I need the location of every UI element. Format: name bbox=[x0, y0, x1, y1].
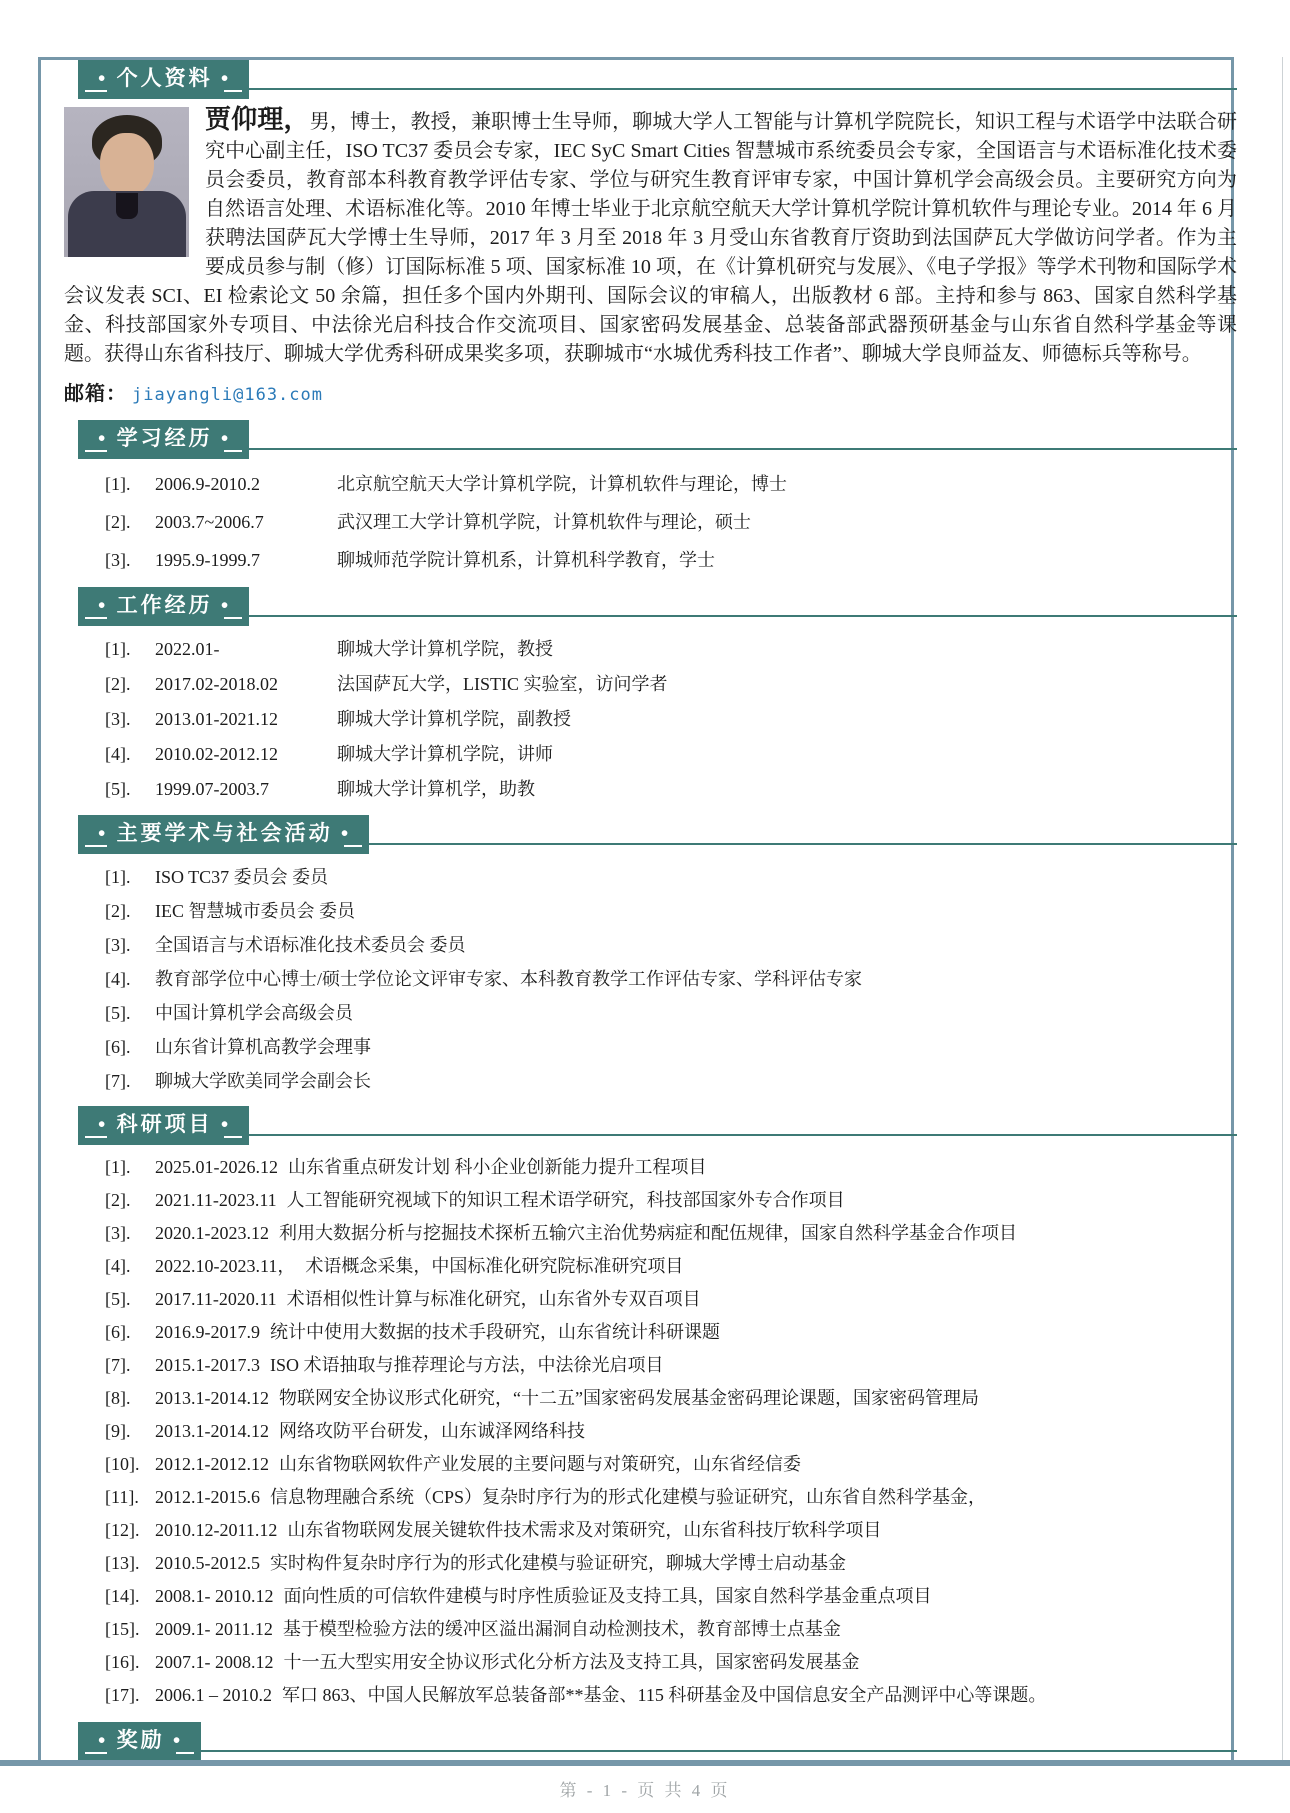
cv-page: • 个人资料 • 贾仰理，男，博士，教授，兼职博士生导师，聊城大学人工智能与计算… bbox=[0, 0, 1290, 1813]
item-description: ISO 术语抽取与推荐理论与方法，中法徐光启项目 bbox=[270, 1349, 664, 1382]
item-description: 山东省物联网发展关键软件技术需求及对策研究，山东省科技厅软科学项目 bbox=[287, 1514, 881, 1547]
section-header-projects: • 科研项目 • bbox=[78, 1106, 1237, 1145]
bio-paragraph: 贾仰理，男，博士，教授，兼职博士生导师，聊城大学人工智能与计算机学院院长，知识工… bbox=[64, 105, 1237, 369]
section-header-profile: • 个人资料 • bbox=[78, 60, 1237, 99]
item-description: 山东省物联网软件产业发展的主要问题与对策研究，山东省经信委 bbox=[279, 1448, 801, 1481]
project-row: [12]. 2010.12-2011.12 山东省物联网发展关键软件技术需求及对… bbox=[105, 1514, 1237, 1547]
person-name: 贾仰理， bbox=[205, 105, 310, 134]
item-number: [2]. bbox=[105, 894, 155, 928]
item-date: 2013.1-2014.12 bbox=[155, 1382, 269, 1415]
project-row: [15]. 2009.1- 2011.12 基于模型检验方法的缓冲区溢出漏洞自动… bbox=[105, 1613, 1237, 1646]
page-bottom-bar bbox=[0, 1760, 1290, 1766]
item-description: 十一五大型实用安全协议形式化分析方法及支持工具，国家密码发展基金 bbox=[284, 1646, 860, 1679]
item-number: [8]. bbox=[105, 1382, 155, 1415]
section-title-projects: • 科研项目 • bbox=[78, 1106, 249, 1145]
activity-row: [4]. 教育部学位中心博士/硕士学位论文评审专家、本科教育教学工作评估专家、学… bbox=[105, 962, 1237, 996]
education-list: [1]. 2006.9-2010.2 北京航空航天大学计算机学院，计算机软件与理… bbox=[105, 465, 1237, 579]
bio-text: 男，博士，教授，兼职博士生导师，聊城大学人工智能与计算机学院院长，知识工程与术语… bbox=[64, 111, 1237, 365]
profile-bio-block: 贾仰理，男，博士，教授，兼职博士生导师，聊城大学人工智能与计算机学院院长，知识工… bbox=[64, 105, 1237, 369]
item-description: 法国萨瓦大学，LISTIC 实验室，访问学者 bbox=[337, 667, 668, 702]
work-row: [4]. 2010.02-2012.12 聊城大学计算机学院，讲师 bbox=[105, 737, 1237, 772]
item-date: 2016.9-2017.9 bbox=[155, 1316, 260, 1349]
project-row: [4]. 2022.10-2023.11， 术语概念采集，中国标准化研究院标准研… bbox=[105, 1250, 1237, 1283]
item-number: [4]. bbox=[105, 962, 155, 996]
project-row: [6]. 2016.9-2017.9 统计中使用大数据的技术手段研究，山东省统计… bbox=[105, 1316, 1237, 1349]
item-date: 2012.1-2015.6 bbox=[155, 1481, 260, 1514]
item-description: IEC 智慧城市委员会 委员 bbox=[155, 894, 355, 928]
item-date: 2006.9-2010.2 bbox=[155, 465, 337, 503]
section-rule-activities bbox=[369, 843, 1237, 845]
item-number: [4]. bbox=[105, 1250, 155, 1283]
section-rule-profile bbox=[249, 88, 1237, 90]
item-date: 2006.1 – 2010.2 bbox=[155, 1679, 272, 1712]
item-number: [15]. bbox=[105, 1613, 155, 1646]
item-description: 基于模型检验方法的缓冲区溢出漏洞自动检测技术，教育部博士点基金 bbox=[283, 1613, 841, 1646]
item-date: 2013.1-2014.12 bbox=[155, 1415, 269, 1448]
item-date: 1999.07-2003.7 bbox=[155, 772, 337, 807]
section-title-education: • 学习经历 • bbox=[78, 420, 249, 459]
project-row: [17]. 2006.1 – 2010.2 军口 863、中国人民解放军总装备部… bbox=[105, 1679, 1237, 1712]
photo-face-shape bbox=[100, 133, 154, 197]
item-date: 2008.1- 2010.12 bbox=[155, 1580, 274, 1613]
item-date: 2010.5-2012.5 bbox=[155, 1547, 260, 1580]
item-date: 2022.01- bbox=[155, 632, 337, 667]
profile-photo bbox=[64, 107, 189, 257]
project-row: [16]. 2007.1- 2008.12 十一五大型实用安全协议形式化分析方法… bbox=[105, 1646, 1237, 1679]
item-number: [14]. bbox=[105, 1580, 155, 1613]
projects-list: [1]. 2025.01-2026.12 山东省重点研发计划 科小企业创新能力提… bbox=[105, 1151, 1237, 1712]
page-edge-line bbox=[1282, 57, 1283, 1762]
section-rule-projects bbox=[249, 1134, 1237, 1136]
section-rule-work bbox=[249, 615, 1237, 617]
item-date: 2025.01-2026.12 bbox=[155, 1151, 278, 1184]
item-number: [7]. bbox=[105, 1349, 155, 1382]
item-description: 术语相似性计算与标准化研究，山东省外专双百项目 bbox=[287, 1283, 701, 1316]
project-row: [14]. 2008.1- 2010.12 面向性质的可信软件建模与时序性质验证… bbox=[105, 1580, 1237, 1613]
section-title-awards: • 奖励 • bbox=[78, 1722, 201, 1761]
work-row: [1]. 2022.01- 聊城大学计算机学院，教授 bbox=[105, 632, 1237, 667]
email-line: 邮箱： jiayangli@163.com bbox=[64, 377, 1237, 406]
item-description: 聊城大学计算机学院，教授 bbox=[337, 632, 553, 667]
page-number: 第 - 1 - 页 共 4 页 bbox=[0, 1776, 1290, 1801]
work-list: [1]. 2022.01- 聊城大学计算机学院，教授 [2]. 2017.02-… bbox=[105, 632, 1237, 807]
item-description: 网络攻防平台研发，山东诚泽网络科技 bbox=[279, 1415, 585, 1448]
project-row: [9]. 2013.1-2014.12 网络攻防平台研发，山东诚泽网络科技 bbox=[105, 1415, 1237, 1448]
item-date: 2010.02-2012.12 bbox=[155, 737, 337, 772]
item-number: [7]. bbox=[105, 1064, 155, 1098]
item-number: [1]. bbox=[105, 1151, 155, 1184]
item-number: [2]. bbox=[105, 1184, 155, 1217]
item-number: [1]. bbox=[105, 465, 155, 503]
item-number: [2]. bbox=[105, 667, 155, 702]
item-description: 教育部学位中心博士/硕士学位论文评审专家、本科教育教学工作评估专家、学科评估专家 bbox=[155, 962, 862, 996]
item-number: [10]. bbox=[105, 1448, 155, 1481]
education-row: [1]. 2006.9-2010.2 北京航空航天大学计算机学院，计算机软件与理… bbox=[105, 465, 1237, 503]
item-number: [17]. bbox=[105, 1679, 155, 1712]
item-number: [11]. bbox=[105, 1481, 155, 1514]
photo-collar-shape bbox=[116, 193, 138, 219]
section-header-awards: • 奖励 • bbox=[78, 1722, 1237, 1761]
item-number: [3]. bbox=[105, 702, 155, 737]
item-description: 实时构件复杂时序行为的形式化建模与验证研究，聊城大学博士启动基金 bbox=[270, 1547, 846, 1580]
activity-row: [6]. 山东省计算机高教学会理事 bbox=[105, 1030, 1237, 1064]
item-number: [4]. bbox=[105, 737, 155, 772]
item-description: 北京航空航天大学计算机学院，计算机软件与理论，博士 bbox=[337, 465, 787, 503]
item-description: 聊城师范学院计算机系，计算机科学教育，学士 bbox=[337, 541, 715, 579]
email-link[interactable]: jiayangli@163.com bbox=[132, 385, 323, 405]
item-number: [12]. bbox=[105, 1514, 155, 1547]
item-number: [5]. bbox=[105, 996, 155, 1030]
item-description: 山东省重点研发计划 科小企业创新能力提升工程项目 bbox=[288, 1151, 707, 1184]
section-rule-education bbox=[249, 448, 1237, 450]
project-row: [11]. 2012.1-2015.6 信息物理融合系统（CPS）复杂时序行为的… bbox=[105, 1481, 1237, 1514]
section-title-profile: • 个人资料 • bbox=[78, 60, 249, 99]
section-rule-awards bbox=[201, 1750, 1237, 1752]
item-number: [5]. bbox=[105, 772, 155, 807]
item-description: 人工智能研究视域下的知识工程术语学研究，科技部国家外专合作项目 bbox=[287, 1184, 845, 1217]
item-date: 2003.7~2006.7 bbox=[155, 503, 337, 541]
item-description: 聊城大学欧美同学会副会长 bbox=[155, 1064, 371, 1098]
email-label: 邮箱： bbox=[64, 383, 127, 405]
item-number: [6]. bbox=[105, 1316, 155, 1349]
item-number: [16]. bbox=[105, 1646, 155, 1679]
item-number: [6]. bbox=[105, 1030, 155, 1064]
education-row: [2]. 2003.7~2006.7 武汉理工大学计算机学院，计算机软件与理论，… bbox=[105, 503, 1237, 541]
item-description: 中国计算机学会高级会员 bbox=[155, 996, 353, 1030]
project-row: [3]. 2020.1-2023.12 利用大数据分析与挖掘技术探析五输穴主治优… bbox=[105, 1217, 1237, 1250]
item-date: 2007.1- 2008.12 bbox=[155, 1646, 274, 1679]
project-row: [13]. 2010.5-2012.5 实时构件复杂时序行为的形式化建模与验证研… bbox=[105, 1547, 1237, 1580]
project-row: [2]. 2021.11-2023.11 人工智能研究视域下的知识工程术语学研究… bbox=[105, 1184, 1237, 1217]
item-date: 2012.1-2012.12 bbox=[155, 1448, 269, 1481]
section-title-activities: • 主要学术与社会活动 • bbox=[78, 815, 369, 854]
project-row: [8]. 2013.1-2014.12 物联网安全协议形式化研究，“十二五”国家… bbox=[105, 1382, 1237, 1415]
activity-row: [3]. 全国语言与术语标准化技术委员会 委员 bbox=[105, 928, 1237, 962]
item-description: 军口 863、中国人民解放军总装备部**基金、115 科研基金及中国信息安全产品… bbox=[282, 1679, 1046, 1712]
work-row: [5]. 1999.07-2003.7 聊城大学计算机学，助教 bbox=[105, 772, 1237, 807]
item-date: 2009.1- 2011.12 bbox=[155, 1613, 273, 1646]
activity-row: [5]. 中国计算机学会高级会员 bbox=[105, 996, 1237, 1030]
education-row: [3]. 1995.9-1999.7 聊城师范学院计算机系，计算机科学教育，学士 bbox=[105, 541, 1237, 579]
activity-row: [2]. IEC 智慧城市委员会 委员 bbox=[105, 894, 1237, 928]
project-row: [5]. 2017.11-2020.11 术语相似性计算与标准化研究，山东省外专… bbox=[105, 1283, 1237, 1316]
item-number: [5]. bbox=[105, 1283, 155, 1316]
project-row: [7]. 2015.1-2017.3 ISO 术语抽取与推荐理论与方法，中法徐光… bbox=[105, 1349, 1237, 1382]
item-date: 2021.11-2023.11 bbox=[155, 1184, 277, 1217]
item-date: 2010.12-2011.12 bbox=[155, 1514, 277, 1547]
item-date: 2022.10-2023.11， bbox=[155, 1250, 295, 1283]
work-row: [2]. 2017.02-2018.02 法国萨瓦大学，LISTIC 实验室，访… bbox=[105, 667, 1237, 702]
item-description: 山东省计算机高教学会理事 bbox=[155, 1030, 371, 1064]
item-description: 信息物理融合系统（CPS）复杂时序行为的形式化建模与验证研究，山东省自然科学基金… bbox=[270, 1481, 986, 1514]
item-number: [2]. bbox=[105, 503, 155, 541]
activity-row: [1]. ISO TC37 委员会 委员 bbox=[105, 860, 1237, 894]
item-number: [9]. bbox=[105, 1415, 155, 1448]
section-header-activities: • 主要学术与社会活动 • bbox=[78, 815, 1237, 854]
item-number: [3]. bbox=[105, 1217, 155, 1250]
work-row: [3]. 2013.01-2021.12 聊城大学计算机学院，副教授 bbox=[105, 702, 1237, 737]
item-description: 全国语言与术语标准化技术委员会 委员 bbox=[155, 928, 466, 962]
item-date: 2017.02-2018.02 bbox=[155, 667, 337, 702]
item-description: 物联网安全协议形式化研究，“十二五”国家密码发展基金密码理论课题，国家密码管理局 bbox=[279, 1382, 979, 1415]
item-description: 聊城大学计算机学院，讲师 bbox=[337, 737, 553, 772]
item-description: 统计中使用大数据的技术手段研究，山东省统计科研课题 bbox=[270, 1316, 720, 1349]
item-number: [13]. bbox=[105, 1547, 155, 1580]
item-number: [3]. bbox=[105, 541, 155, 579]
item-date: 2015.1-2017.3 bbox=[155, 1349, 260, 1382]
item-number: [1]. bbox=[105, 632, 155, 667]
item-number: [1]. bbox=[105, 860, 155, 894]
activities-list: [1]. ISO TC37 委员会 委员 [2]. IEC 智慧城市委员会 委员… bbox=[105, 860, 1237, 1098]
item-description: 聊城大学计算机学，助教 bbox=[337, 772, 535, 807]
item-description: 术语概念采集，中国标准化研究院标准研究项目 bbox=[305, 1250, 683, 1283]
item-date: 1995.9-1999.7 bbox=[155, 541, 337, 579]
section-title-work: • 工作经历 • bbox=[78, 587, 249, 626]
project-row: [10]. 2012.1-2012.12 山东省物联网软件产业发展的主要问题与对… bbox=[105, 1448, 1237, 1481]
section-header-work: • 工作经历 • bbox=[78, 587, 1237, 626]
project-row: [1]. 2025.01-2026.12 山东省重点研发计划 科小企业创新能力提… bbox=[105, 1151, 1237, 1184]
section-header-education: • 学习经历 • bbox=[78, 420, 1237, 459]
item-date: 2013.01-2021.12 bbox=[155, 702, 337, 737]
item-description: 面向性质的可信软件建模与时序性质验证及支持工具，国家自然科学基金重点项目 bbox=[284, 1580, 932, 1613]
item-description: 利用大数据分析与挖掘技术探析五输穴主治优势病症和配伍规律，国家自然科学基金合作项… bbox=[279, 1217, 1017, 1250]
item-description: ISO TC37 委员会 委员 bbox=[155, 860, 328, 894]
item-description: 聊城大学计算机学院，副教授 bbox=[337, 702, 571, 737]
item-description: 武汉理工大学计算机学院，计算机软件与理论，硕士 bbox=[337, 503, 751, 541]
item-date: 2020.1-2023.12 bbox=[155, 1217, 269, 1250]
item-date: 2017.11-2020.11 bbox=[155, 1283, 277, 1316]
item-number: [3]. bbox=[105, 928, 155, 962]
page-content: • 个人资料 • 贾仰理，男，博士，教授，兼职博士生导师，聊城大学人工智能与计算… bbox=[64, 60, 1237, 1761]
activity-row: [7]. 聊城大学欧美同学会副会长 bbox=[105, 1064, 1237, 1098]
